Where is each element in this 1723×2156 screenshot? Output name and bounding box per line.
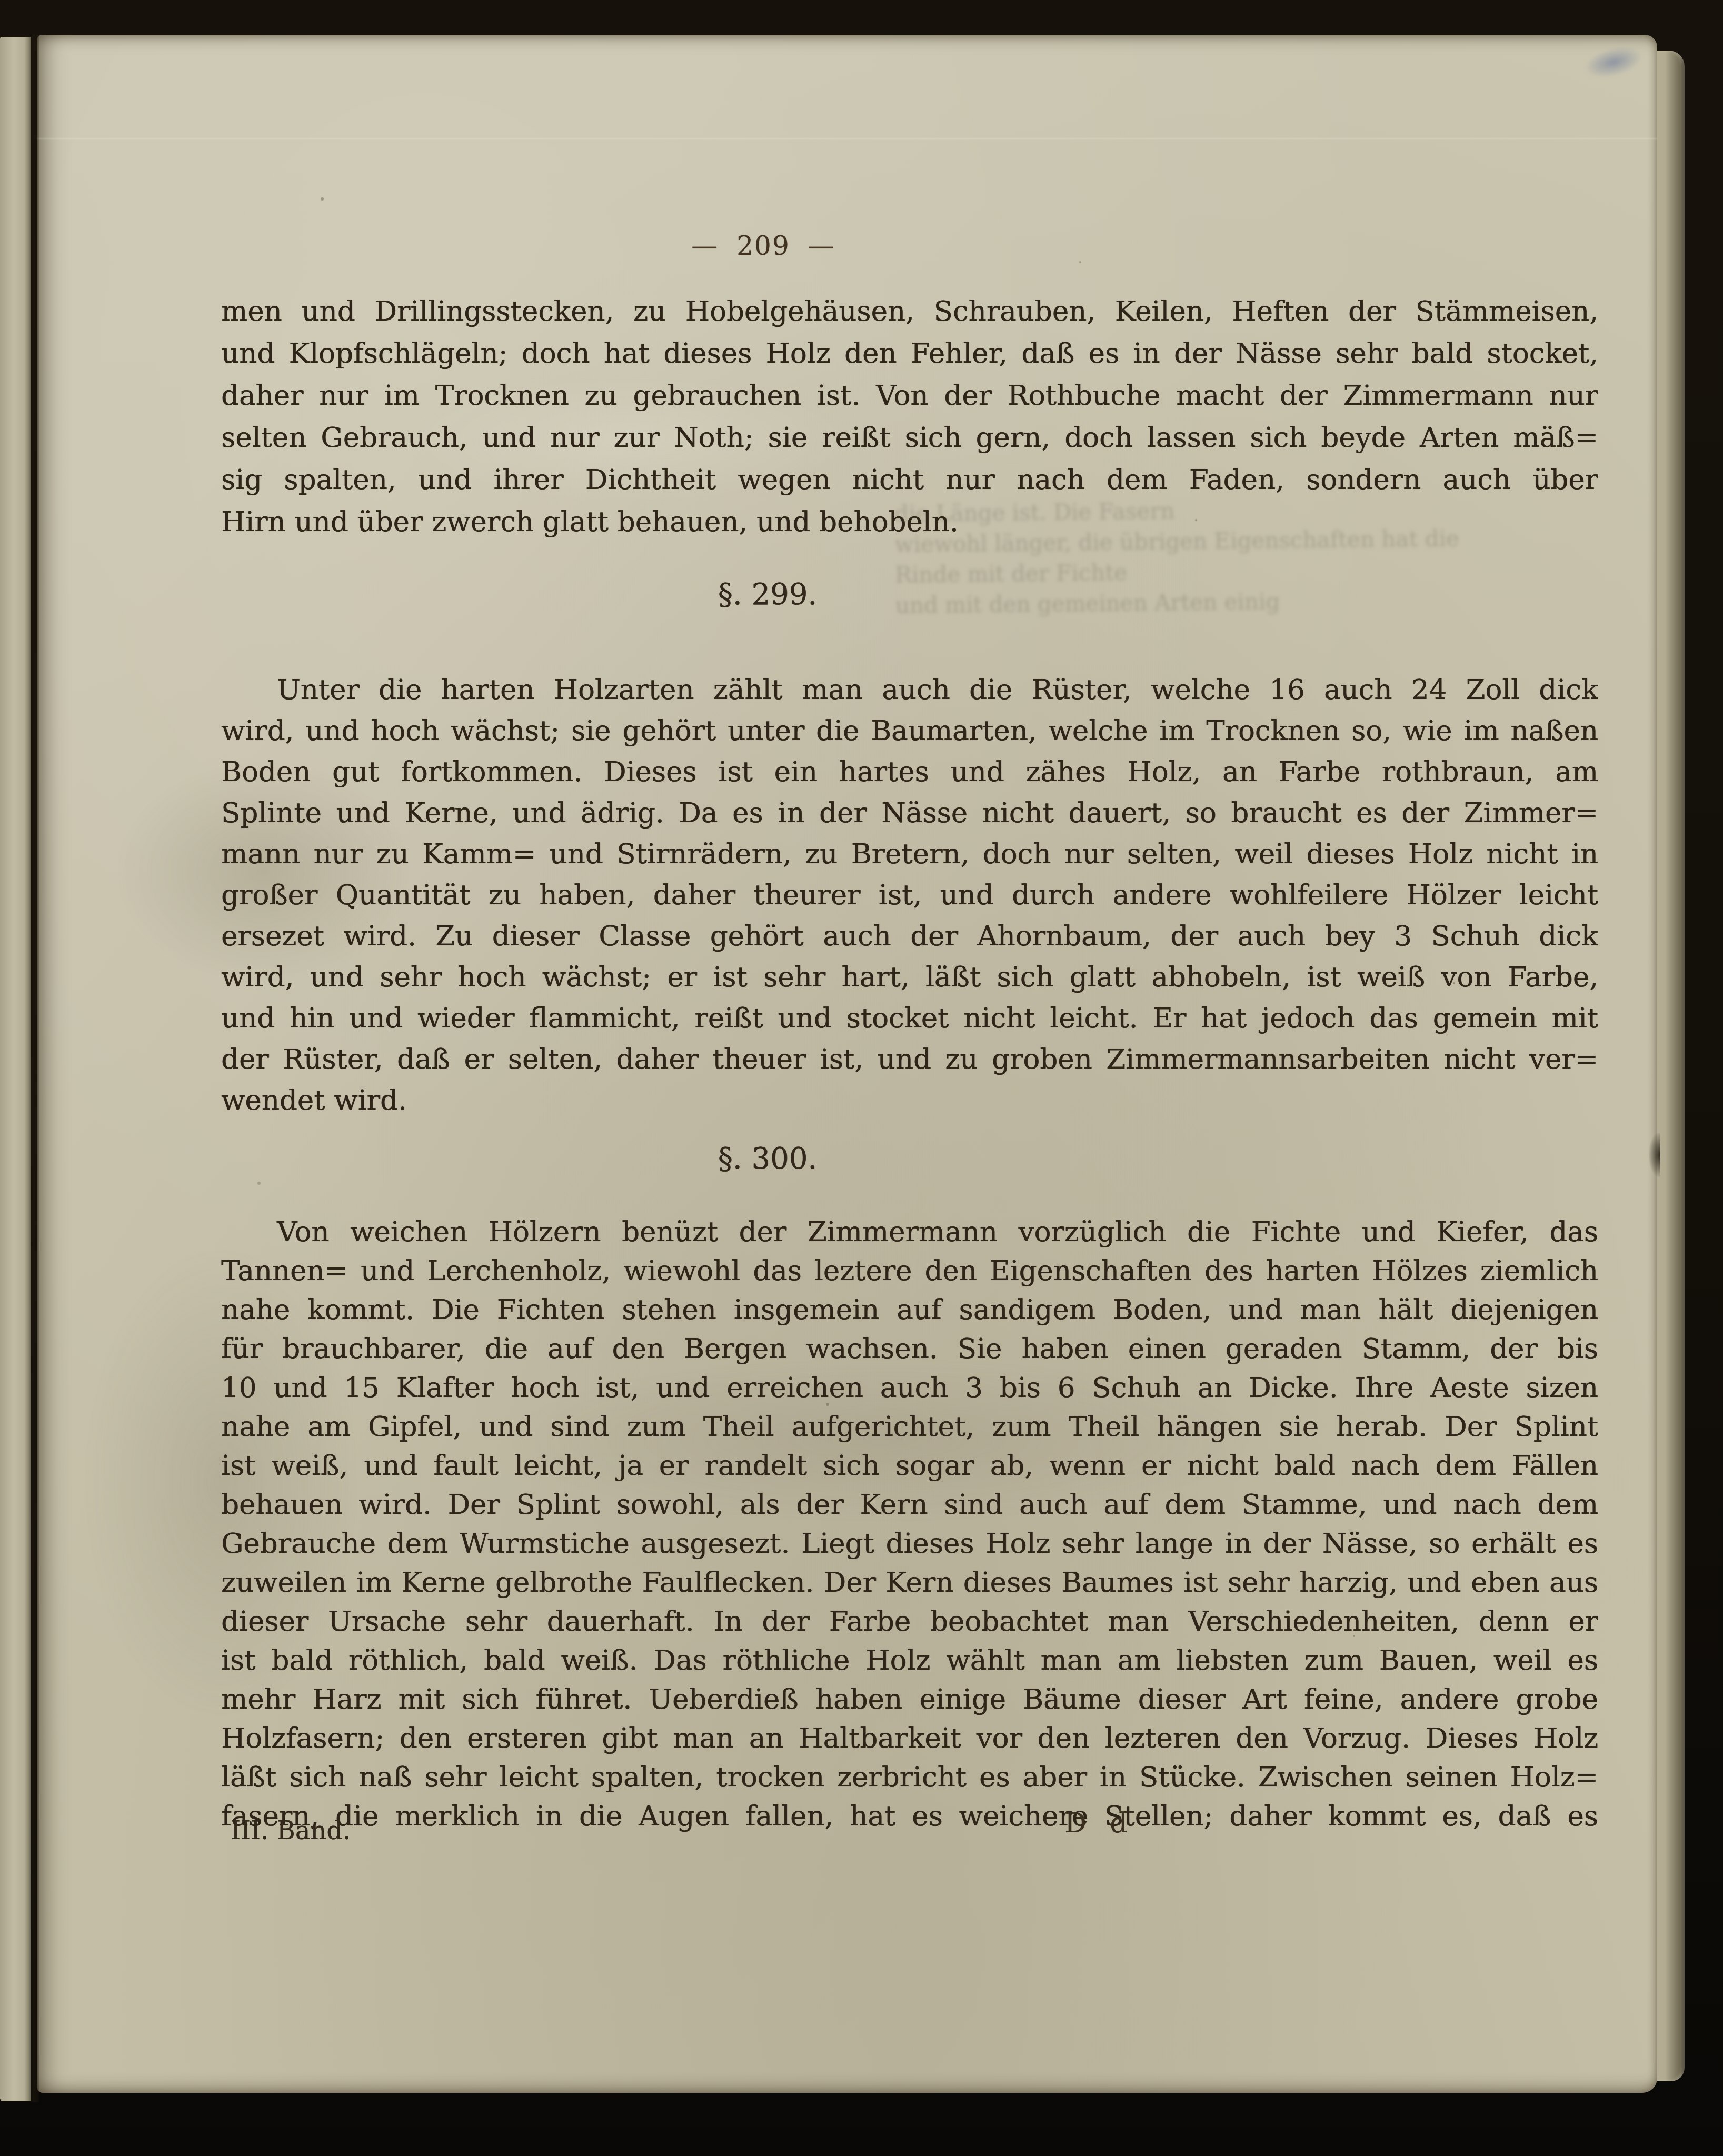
- text-line: daher nur im Trocknen zu gebrauchen ist.…: [221, 375, 1598, 417]
- text-line: der Rüster, daß er selten, daher theuer …: [221, 1039, 1598, 1080]
- text-line: ist weiß, und fault leicht, ja er randel…: [221, 1446, 1598, 1485]
- section-300-paragraph: Von weichen Hölzern benüzt der Zimmerman…: [221, 1213, 1598, 1836]
- text-line: Hirn und über zwerch glatt behauen, und …: [221, 501, 1598, 543]
- text-line: Unter die harten Holzarten zählt man auc…: [221, 670, 1598, 711]
- section-heading-299: §. 299.: [221, 573, 1314, 617]
- text-line: für brauchbarer, die auf den Bergen wach…: [221, 1330, 1598, 1369]
- page-number: —209—: [605, 231, 921, 261]
- text-line: wird, und hoch wächst; sie gehört unter …: [221, 711, 1598, 752]
- text-line: Splinte und Kerne, und ädrig. Da es in d…: [221, 793, 1598, 834]
- page-edge-tear-mark: [1649, 1133, 1660, 1177]
- text-line: läßt sich naß sehr leicht spalten, trock…: [221, 1758, 1598, 1797]
- book-page: —209— die Länge ist. Die Fasern wiewohl …: [37, 35, 1657, 2093]
- volume-footer: III. Band.: [231, 1816, 351, 1845]
- text-line: Holzfasern; den ersteren gibt man an Hal…: [221, 1719, 1598, 1758]
- section-heading-300: §. 300.: [221, 1137, 1314, 1181]
- folio-dash-left: —: [691, 231, 719, 261]
- text-line: behauen wird. Der Splint sowohl, als der…: [221, 1485, 1598, 1524]
- text-line: Boden gut fortkommen. Dieses ist ein har…: [221, 752, 1598, 793]
- text-line: und hin und wieder flammicht, reißt und …: [221, 998, 1598, 1039]
- printer-signature-mark: D d: [1064, 1808, 1135, 1839]
- text-line: men und Drillingsstecken, zu Hobelgehäus…: [221, 291, 1598, 333]
- text-line: nahe kommt. Die Fichten stehen insgemein…: [221, 1291, 1598, 1330]
- text-line: 10 und 15 Klafter hoch ist, und erreiche…: [221, 1369, 1598, 1408]
- text-line: wendet wird.: [221, 1080, 1598, 1121]
- folio-dash-right: —: [808, 231, 835, 261]
- paper-crease: [37, 138, 1657, 139]
- text-line: nahe am Gipfel, und sind zum Theil aufge…: [221, 1408, 1598, 1446]
- text-block: men und Drillingsstecken, zu Hobelgehäus…: [221, 291, 1598, 1836]
- folio-number: 209: [736, 231, 790, 261]
- text-line: ist bald röthlich, bald weiß. Das röthli…: [221, 1641, 1598, 1680]
- text-line: und Klopfschlägeln; doch hat dieses Holz…: [221, 333, 1598, 375]
- text-line: dieser Ursache sehr dauerhaft. In der Fa…: [221, 1602, 1598, 1641]
- text-line: wird, und sehr hoch wächst; er ist sehr …: [221, 957, 1598, 998]
- text-line: großer Quantität zu haben, daher theurer…: [221, 875, 1598, 916]
- scanned-book-spread: —209— die Länge ist. Die Fasern wiewohl …: [0, 0, 1723, 2156]
- intro-paragraph: men und Drillingsstecken, zu Hobelgehäus…: [221, 291, 1598, 543]
- text-line: zuweilen im Kerne gelbrothe Faulflecken.…: [221, 1563, 1598, 1602]
- text-line: mehr Harz mit sich führet. Ueberdieß hab…: [221, 1680, 1598, 1719]
- text-line: fasern, die merklich in die Augen fallen…: [221, 1797, 1598, 1836]
- text-line: ersezet wird. Zu dieser Classe gehört au…: [221, 916, 1598, 957]
- text-line: Von weichen Hölzern benüzt der Zimmerman…: [221, 1213, 1598, 1252]
- gutter-shadow: [29, 35, 39, 2102]
- text-line: sig spalten, und ihrer Dichtheit wegen n…: [221, 459, 1598, 501]
- text-line: Tannen= und Lerchenholz, wiewohl das lez…: [221, 1252, 1598, 1291]
- facing-page-edge: [0, 37, 31, 2101]
- section-299-paragraph: Unter die harten Holzarten zählt man auc…: [221, 670, 1598, 1121]
- text-line: Gebrauche dem Wurmstiche ausgesezt. Lieg…: [221, 1524, 1598, 1563]
- text-line: selten Gebrauch, und nur zur Noth; sie r…: [221, 417, 1598, 459]
- text-line: mann nur zu Kamm= und Stirnrädern, zu Br…: [221, 834, 1598, 875]
